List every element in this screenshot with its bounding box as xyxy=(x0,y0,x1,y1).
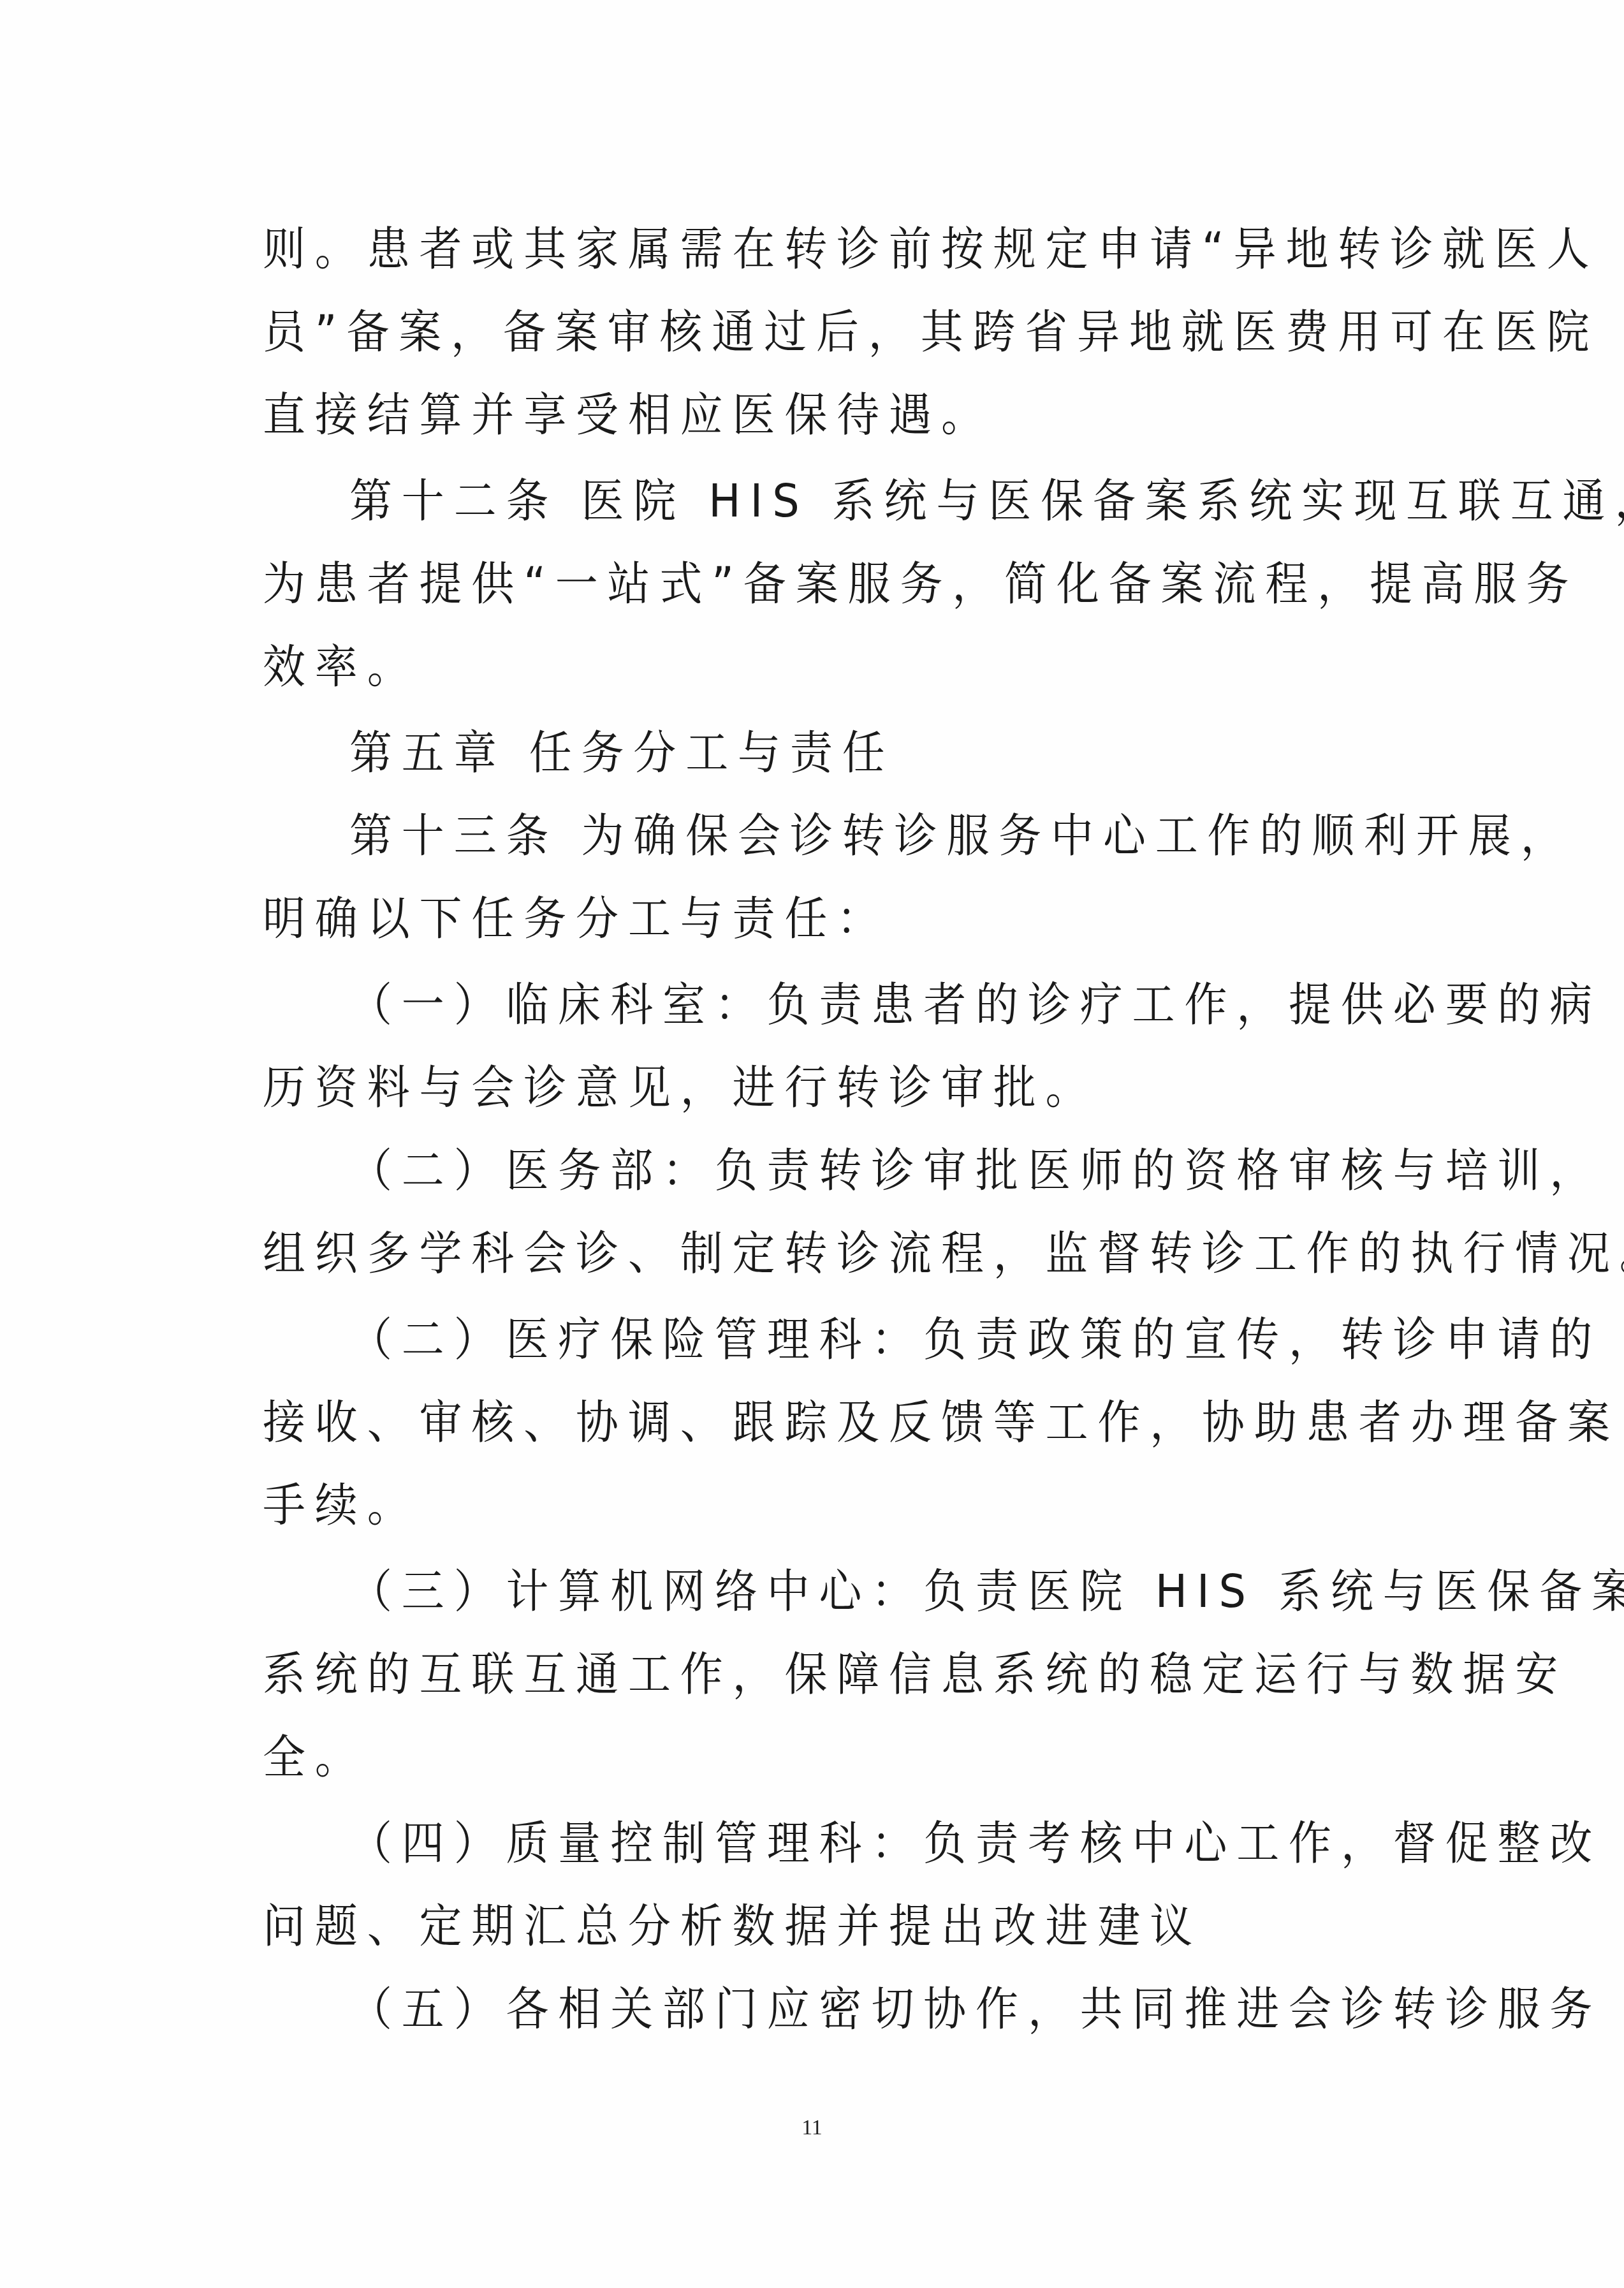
text-line: 手续。 xyxy=(263,1473,420,1537)
list-item-2: （二）医务部：负责转诊审批医师的资格审核与培训， xyxy=(349,1138,1602,1202)
list-item-3: （三）计算机网络中心：负责医院 HIS 系统与医保备案 xyxy=(349,1559,1624,1623)
text-line: 效率。 xyxy=(263,634,420,698)
document-page: 则。患者或其家属需在转诊前按规定申请“异地转诊就医人 员”备案，备案审核通过后，… xyxy=(0,0,1624,2288)
article-13-heading: 第十三条 为确保会诊转诊服务中心工作的顺利开展， xyxy=(349,803,1572,867)
text-line: 直接结算并享受相应医保待遇。 xyxy=(263,383,993,446)
list-item-5: （五）各相关部门应密切协作，共同推进会诊转诊服务 xyxy=(349,1977,1602,2041)
list-item-1: （一）临床科室：负责患者的诊疗工作，提供必要的病 xyxy=(349,972,1602,1036)
article-12-heading: 第十二条 医院 HIS 系统与医保备案系统实现互联互通， xyxy=(349,469,1624,532)
text-line: 全。 xyxy=(263,1725,367,1789)
text-line: 组织多学科会诊、制定转诊流程，监督转诊工作的执行情况。 xyxy=(263,1221,1624,1285)
text-line: 历资料与会诊意见，进行转诊审批。 xyxy=(263,1055,1097,1119)
chapter-5-heading: 第五章 任务分工与责任 xyxy=(349,721,895,784)
list-item-2b: （二）医疗保险管理科：负责政策的宣传，转诊申请的 xyxy=(349,1307,1602,1371)
text-line: 为患者提供“一站式”备案服务，简化备案流程，提高服务 xyxy=(263,552,1578,615)
page-number: 11 xyxy=(0,2116,1624,2140)
text-line: 系统的互联互通工作，保障信息系统的稳定运行与数据安 xyxy=(263,1642,1567,1706)
text-line: 明确以下任务分工与责任： xyxy=(263,886,889,950)
text-line: 员”备案，备案审核通过后，其跨省异地就医费用可在医院 xyxy=(263,300,1599,363)
text-line: 问题、定期汇总分析数据并提出改进建议 xyxy=(263,1894,1202,1958)
text-line: 接收、审核、协调、跟踪及反馈等工作，协助患者办理备案 xyxy=(263,1390,1620,1454)
list-item-4: （四）质量控制管理科：负责考核中心工作，督促整改 xyxy=(349,1811,1602,1875)
text-line: 则。患者或其家属需在转诊前按规定申请“异地转诊就医人 xyxy=(263,217,1599,281)
